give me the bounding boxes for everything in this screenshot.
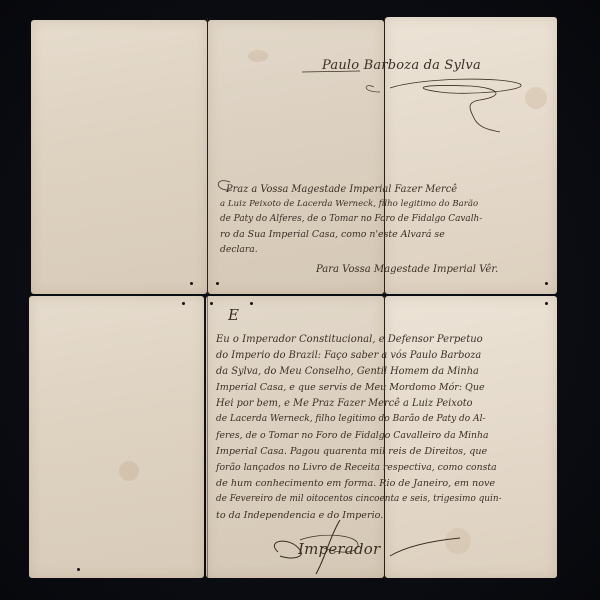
horizontal-fold xyxy=(29,294,559,296)
fold-line xyxy=(384,18,385,578)
document-photograph: Paulo Barboza da Sylva Praz a Vossa Mage… xyxy=(0,0,600,600)
imperador-signature-flourish xyxy=(0,0,600,600)
fold-line xyxy=(207,18,208,578)
